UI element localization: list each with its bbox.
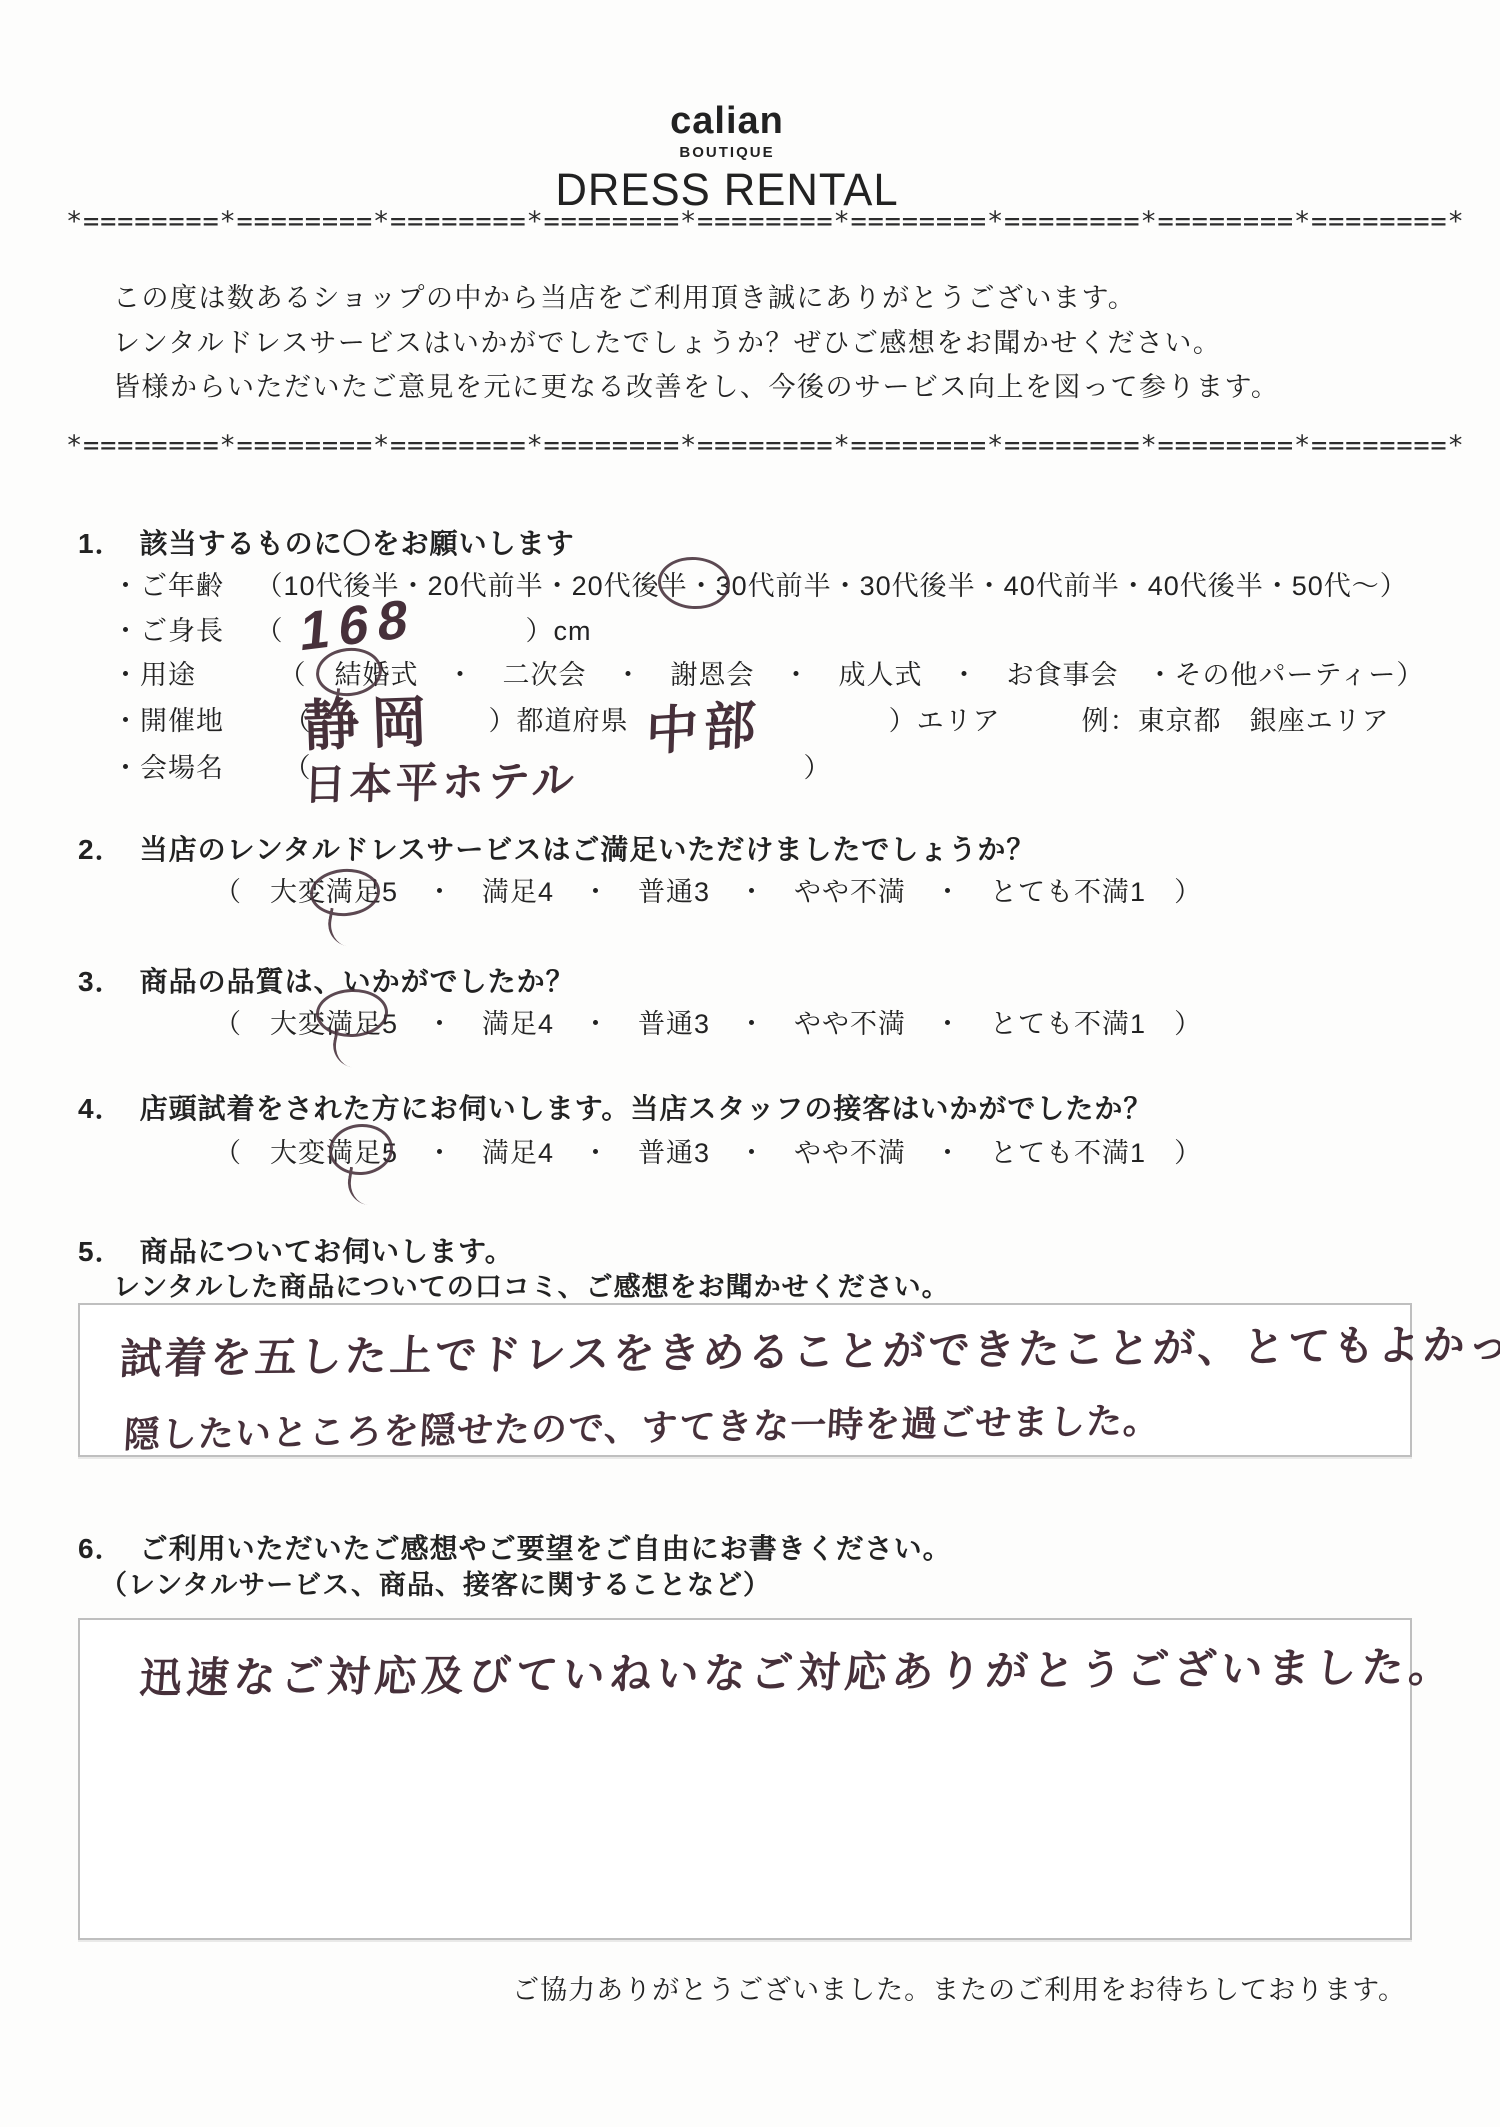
q1-height-label: ・ご身長 — [112, 609, 237, 648]
question-3-number: 3． — [78, 960, 124, 1000]
question-5-title: 5． 商品についてお伺いします。 — [78, 1230, 514, 1270]
question-2-text: 当店のレンタルドレスサービスはご満足いただけましたでしょうか？ — [140, 828, 1036, 868]
question-1-title: 1． 該当するものに〇をお願いします — [78, 522, 575, 562]
question-6-subtitle: （レンタルサービス、商品、接客に関することなど） — [100, 1563, 771, 1602]
q1-area-close: ）エリア — [889, 706, 1001, 736]
handwritten-area-value: 中部 — [645, 682, 763, 765]
footer-thanks-message: ご協力ありがとうございました。またのご利用をお待ちしております。 — [512, 1968, 1406, 2007]
q1-age-row: ・ご年齢 （10代後半・20代前半・20代後半・30代前半・30代後半・40代前… — [112, 564, 1408, 603]
q1-purpose-options: （ 結婚式 ・ 二次会 ・ 謝恩会 ・ 成人式 ・ お食事会 ・その他パーティー… — [279, 660, 1425, 690]
circle-tail-stroke — [329, 1028, 359, 1067]
handwritten-venue-name-value: 日本平ホテル — [303, 748, 579, 813]
intro-line-2: レンタルドレスサービスはいかがでしたでしょうか？ぜひご感想をお聞かせください。 — [113, 321, 1221, 360]
q1-height-open-paren: （ — [256, 616, 284, 646]
question-1-number: 1． — [78, 522, 124, 562]
q1-purpose-label: ・用途 — [112, 653, 237, 692]
brand-logo-subtitle: BOUTIQUE — [0, 144, 1454, 161]
divider-top: *========*========*========*========*===… — [66, 206, 1468, 237]
question-2-title: 2． 当店のレンタルドレスサービスはご満足いただけましたでしょうか？ — [78, 828, 1035, 868]
intro-line-1: この度は数あるショップの中から当店をご利用頂き誠にありがとうございます。 — [113, 276, 1136, 315]
handwritten-q6-answer: 迅速なご対応及びていねいなご対応ありがとうございました。 — [138, 1634, 1459, 1706]
brand-logo: calian — [0, 100, 1454, 143]
intro-line-3: 皆様からいただいたご意見を元に更なる改善をし、今後のサービス向上を図って参ります… — [113, 365, 1279, 404]
question-4-title: 4． 店頭試着をされた方にお伺いします。当店スタッフの接客はいかがでしたか？ — [78, 1087, 1152, 1127]
circle-tail-stroke — [345, 1167, 373, 1205]
question-4-text: 店頭試着をされた方にお伺いします。当店スタッフの接客はいかがでしたか？ — [140, 1087, 1153, 1127]
q1-area-example: 例：東京都 銀座エリア — [1082, 706, 1390, 736]
q1-prefecture-close: ）都道府県 — [489, 706, 629, 736]
q1-venue-name-close-paren: ） — [804, 753, 832, 783]
question-6-text: ご利用いただいたご感想やご要望をご自由にお書きください。 — [140, 1527, 952, 1567]
question-5-number: 5． — [78, 1230, 124, 1270]
question-5-text: 商品についてお伺いします。 — [140, 1230, 514, 1270]
brand-header: calian BOUTIQUE DRESS RENTAL — [0, 100, 1454, 216]
q1-venue-area-label: ・開催地 — [112, 699, 237, 738]
question-3-title: 3． 商品の品質は、いかがでしたか？ — [78, 960, 575, 1000]
q1-age-label: ・ご年齢 — [112, 564, 237, 603]
circle-tail-stroke — [325, 908, 354, 946]
question-2-number: 2． — [78, 828, 124, 868]
question-6-number: 6． — [78, 1527, 124, 1567]
q1-age-options: （10代後半・20代前半・20代後半・30代前半・30代後半・40代前半・40代… — [256, 571, 1408, 601]
question-6-title: 6． ご利用いただいたご感想やご要望をご自由にお書きください。 — [78, 1527, 952, 1567]
question-1-text: 該当するものに〇をお願いします — [140, 522, 575, 562]
question-5-subtitle: レンタルした商品についての口コミ、ご感想をお聞かせください。 — [113, 1265, 950, 1304]
q1-venue-name-label: ・会場名 — [112, 746, 237, 785]
divider-bottom: *========*========*========*========*===… — [66, 430, 1468, 461]
q1-height-close-paren: ）cm — [526, 616, 592, 646]
question-4-number: 4． — [78, 1087, 124, 1127]
